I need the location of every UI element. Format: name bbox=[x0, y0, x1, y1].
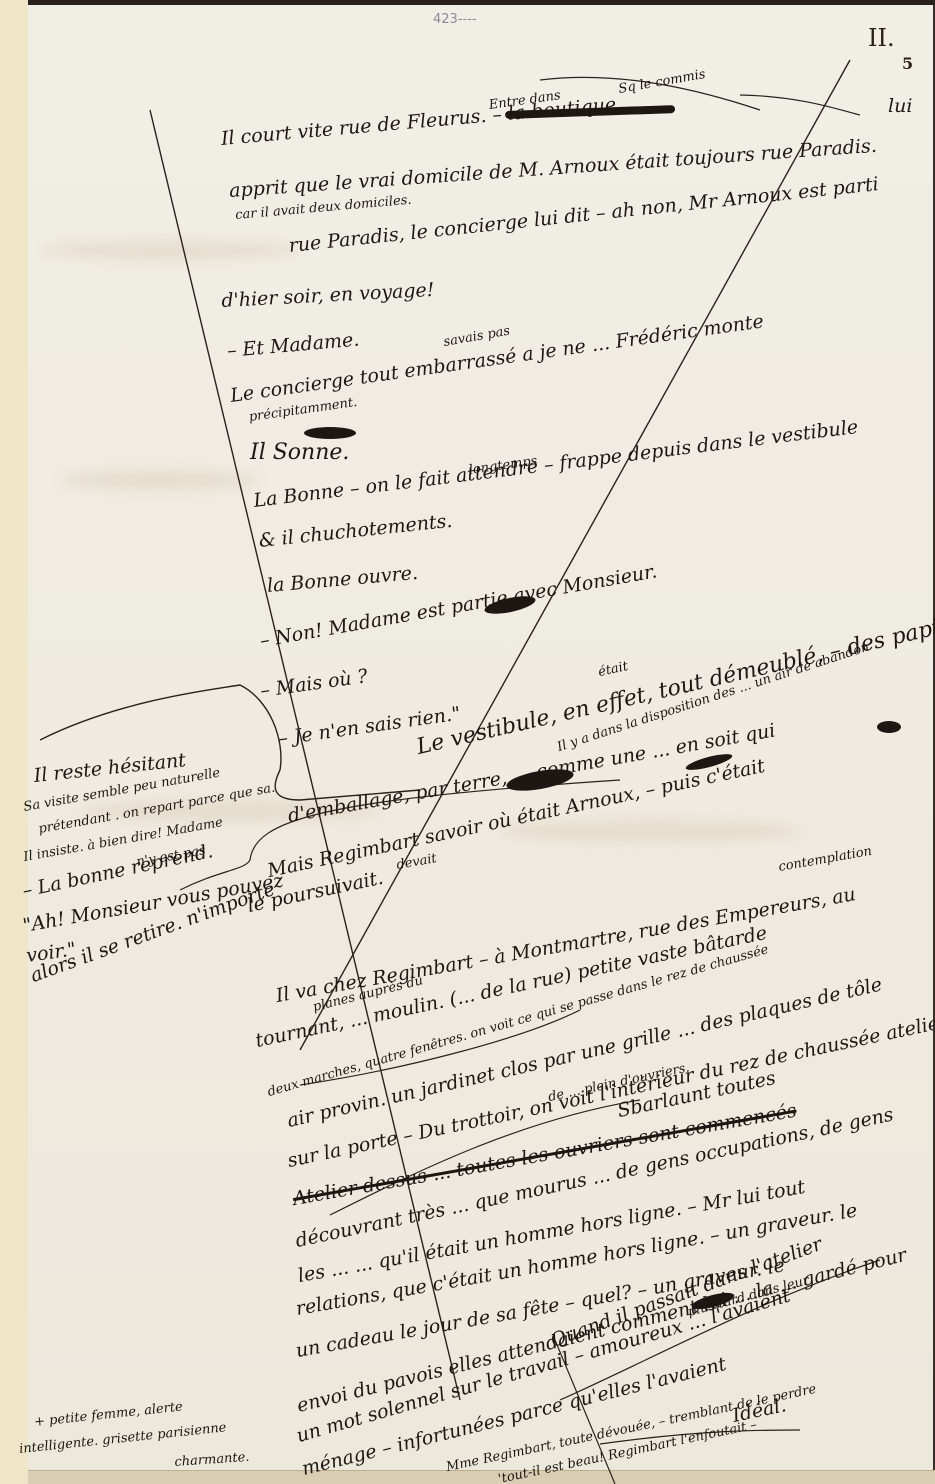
text-line: Il Sonne. bbox=[250, 440, 349, 465]
chapter-mark: II. bbox=[868, 24, 895, 52]
text-line: lui bbox=[888, 95, 912, 117]
folio-number: 5 bbox=[902, 54, 913, 73]
pencil-page-number: 423---- bbox=[433, 12, 477, 27]
